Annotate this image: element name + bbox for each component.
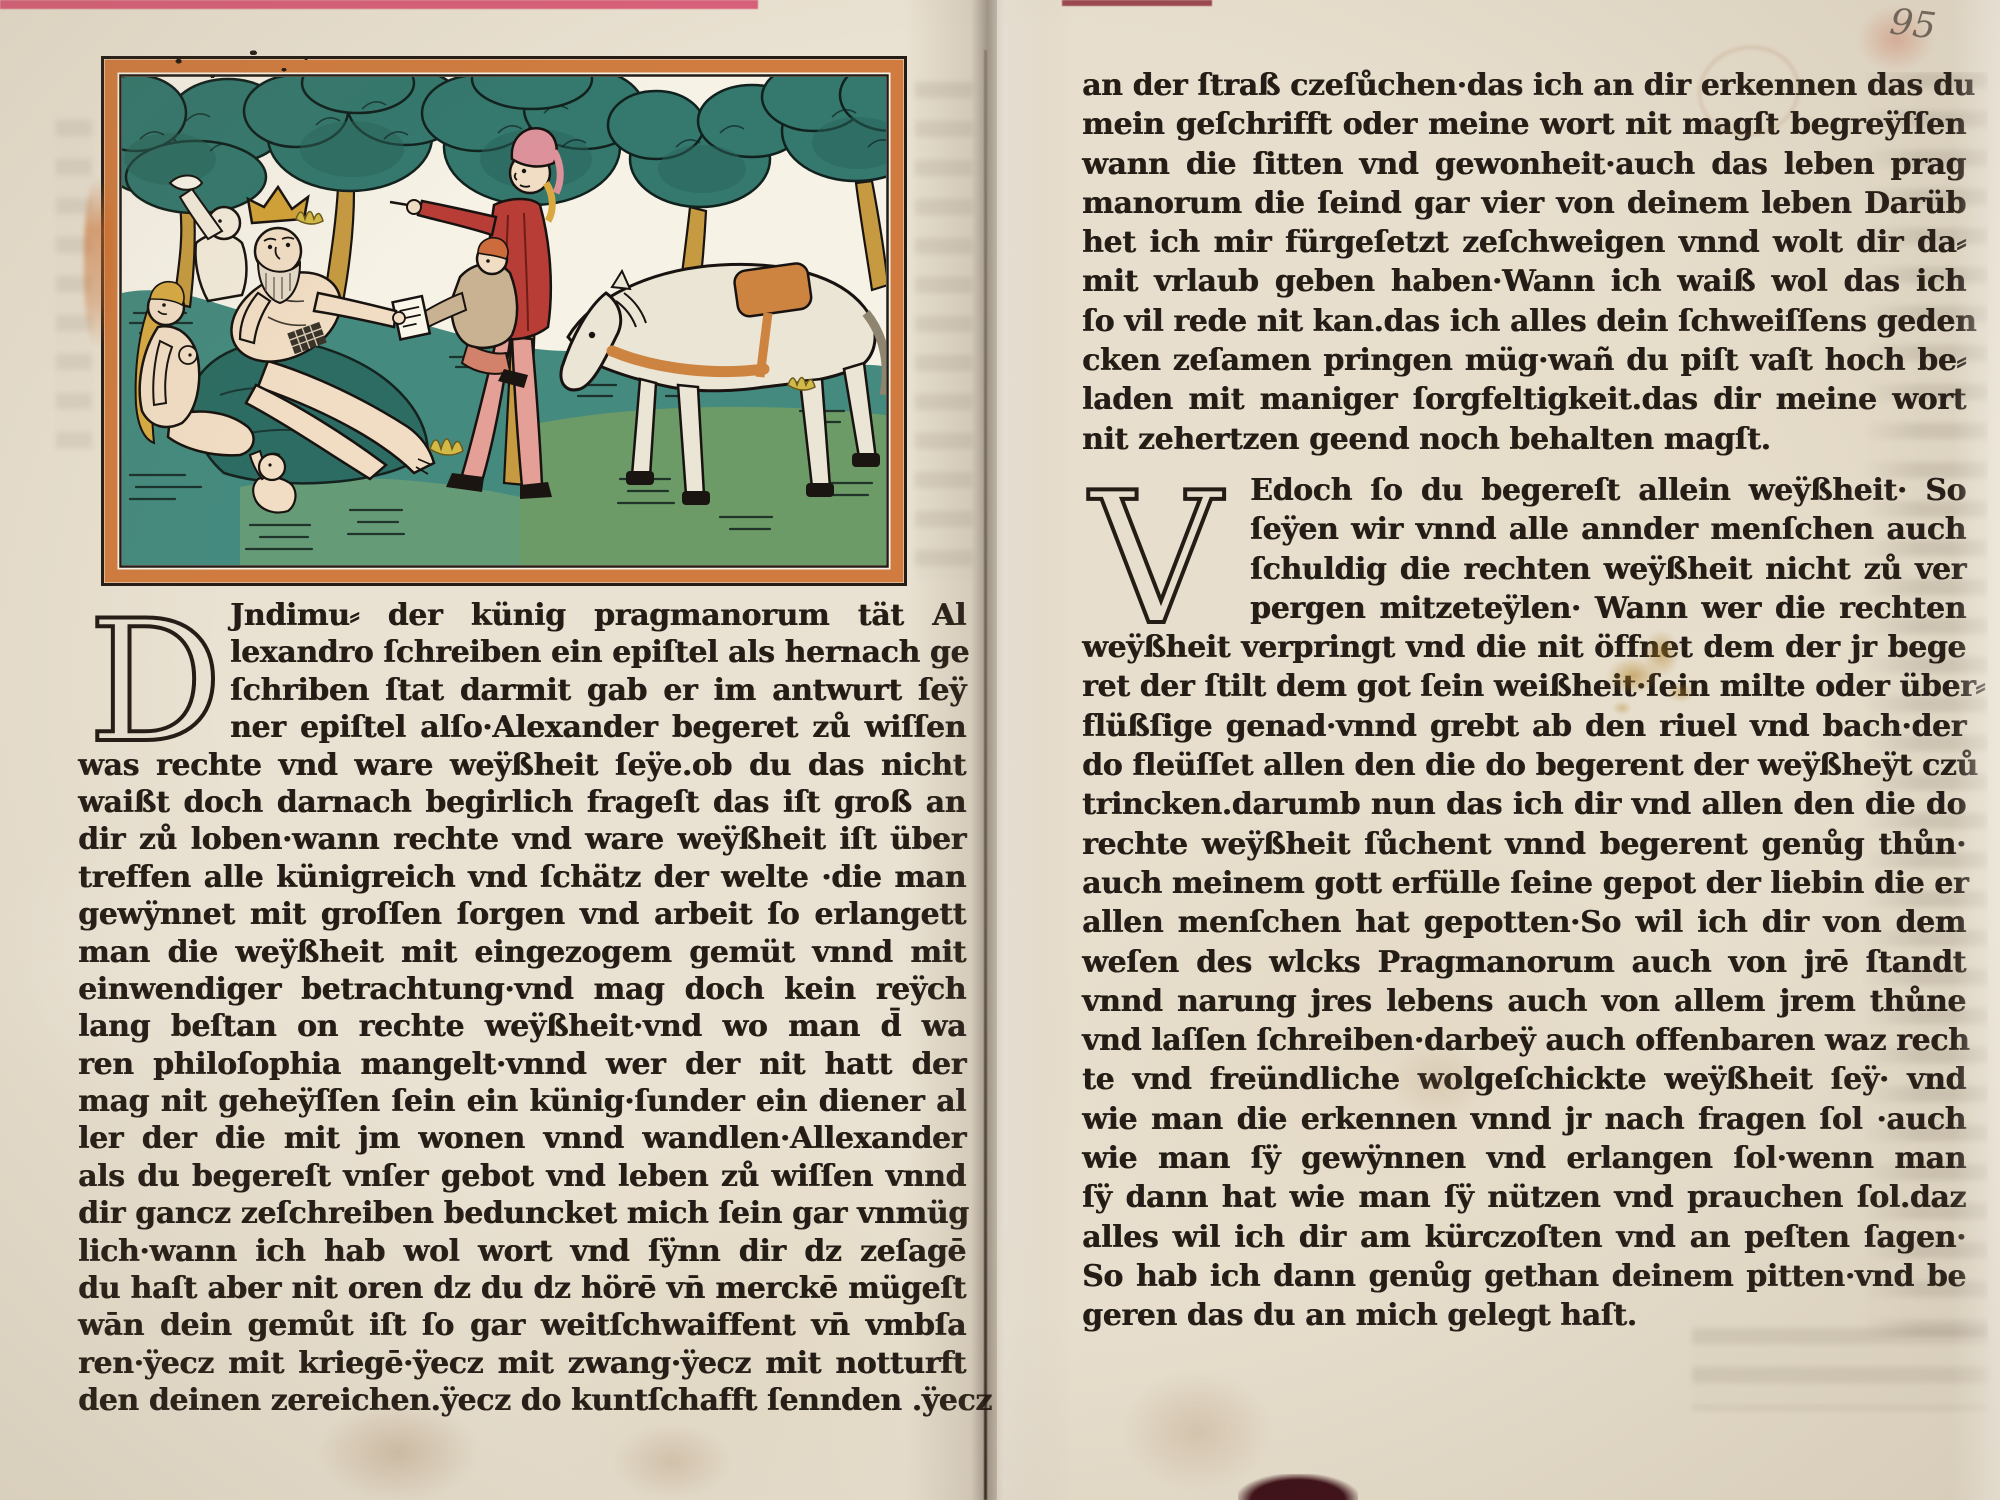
text-line: auch meinem gott erfülle ſeine gepot der… bbox=[1082, 864, 1966, 903]
bleedthrough-left-margin bbox=[56, 120, 92, 450]
text-line: te vnd freündliche wolgeſchickte weÿßhei… bbox=[1082, 1060, 1966, 1099]
text-line: als du begereſt vnſer gebot vnd leben zů… bbox=[78, 1158, 966, 1195]
text-line: vnd laſſen ſchreiben·darbeÿ auch offenba… bbox=[1082, 1021, 1966, 1060]
text-line: ſchriben ſtat darmit gab er im antwurt ſ… bbox=[78, 672, 966, 709]
bleedthrough-beside-woodcut bbox=[915, 82, 973, 580]
text-line: wie man die erkennen vnnd jr nach fragen… bbox=[1082, 1100, 1966, 1139]
text-line: lang beſtan on rechte weÿßheit·vnd wo ma… bbox=[78, 1008, 966, 1045]
left-text-column: Jndimu⸗ der künig pragmanorum tät Al lex… bbox=[78, 597, 966, 1420]
text-line: ſo vil rede nit kan.das ich alles dein ſ… bbox=[1082, 302, 1966, 341]
text-line: pergen mitzeteÿlen· Wann wer die rechten bbox=[1082, 589, 1966, 628]
text-line: mein geſchrifft oder meine wort nit magſ… bbox=[1082, 105, 1966, 144]
text-line: do fleüſſet allen den die do begerent de… bbox=[1082, 746, 1966, 785]
text-line: cken zeſamen pringen müg·wañ du piſt vaſ… bbox=[1082, 341, 1966, 380]
text-line: wān dein gemůt iſt ſo gar weitſchwaiffen… bbox=[78, 1307, 966, 1344]
text-line: einwendiger betrachtung·vnd mag doch kei… bbox=[78, 971, 966, 1008]
text-line: flüßſige genad·vnnd grebt ab den riuel v… bbox=[1082, 707, 1966, 746]
book-spread: D Jndimu⸗ der künig pragmanorum tät Al l… bbox=[0, 0, 2000, 1500]
text-line: mit vrlaub geben haben·Wann ich waiß wol… bbox=[1082, 262, 1966, 301]
stain bbox=[612, 1424, 732, 1500]
bleedthrough-bottom-right bbox=[1692, 1328, 1988, 1410]
text-line: weſen des wlcks Pragmanorum auch von jrē… bbox=[1082, 943, 1966, 982]
text-line: dir gancz zeſchreiben beduncket mich ſei… bbox=[78, 1195, 966, 1232]
text-line: Jndimu⸗ der künig pragmanorum tät Al bbox=[78, 597, 966, 634]
right-text-paragraph1: an der ſtraß czeſůchen·das ich an dir er… bbox=[1082, 66, 1966, 459]
text-line: alles wil ich dir am kürczoſten vnd an p… bbox=[1082, 1218, 1966, 1257]
text-line: So hab ich dann genůg gethan deinem pitt… bbox=[1082, 1257, 1966, 1296]
text-line: rechte weÿßheit ſůchent vnnd begerent ge… bbox=[1082, 825, 1966, 864]
gutter-highlight bbox=[997, 0, 1067, 1500]
text-line: gewÿnnet mit groſſen ſorgen vnd arbeit ſ… bbox=[78, 896, 966, 933]
text-line: wie man ſÿ gewÿnnen vnd erlangen ſol·wen… bbox=[1082, 1139, 1966, 1178]
text-line: laden mit maniger ſorgfeltigkeit.das dir… bbox=[1082, 380, 1966, 419]
text-line: allen menſchen hat gepotten·So wil ich d… bbox=[1082, 903, 1966, 942]
text-line: dir zů loben·wann rechte vnd ware weÿßhe… bbox=[78, 821, 966, 858]
folio-number: 95 bbox=[1888, 1, 1938, 47]
text-line: manorum die ſeind gar vier von deinem le… bbox=[1082, 184, 1966, 223]
text-line: vnnd narung jres lebens auch von allem j… bbox=[1082, 982, 1966, 1021]
text-line: mag nit geheÿſſen ſein ein künig·ſunder … bbox=[78, 1083, 966, 1120]
text-line: treffen alle künigreich vnd ſchätz der w… bbox=[78, 859, 966, 896]
text-line: den deinen zereichen.ÿecz do kuntſchafft… bbox=[78, 1382, 966, 1419]
text-line: man die weÿßheit mit eingezogem gemüt vn… bbox=[78, 934, 966, 971]
text-line: geren das du an mich gelegt haſt. bbox=[1082, 1296, 1966, 1335]
text-line: trincken.darumb nun das ich dir vnd alle… bbox=[1082, 785, 1966, 824]
text-line: nit zehertzen geend noch behalten magſt. bbox=[1082, 420, 1966, 459]
text-line: du haſt aber nit oren dz du dz hörē vn̄ … bbox=[78, 1270, 966, 1307]
text-line: lich·wann ich hab wol wort vnd ſÿnn dir … bbox=[78, 1233, 966, 1270]
gutter-crease bbox=[984, 50, 987, 1500]
binding-edge-top-right bbox=[1062, 0, 1212, 6]
text-line: ſeÿen wir vnnd alle annder menſchen auch bbox=[1082, 510, 1966, 549]
text-line: ler der die mit jm wonen vnnd wandlen·Al… bbox=[78, 1120, 966, 1157]
woodcut-illustration bbox=[100, 55, 908, 587]
text-line: lexandro ſchreiben ein epiſtel als herna… bbox=[78, 634, 966, 671]
text-line: waißt doch darnach begirlich frageſt das… bbox=[78, 784, 966, 821]
horse-saddle bbox=[733, 262, 813, 318]
text-line: was rechte vnd ware weÿßheit ſeÿe.ob du … bbox=[78, 747, 966, 784]
text-line: ſÿ dann hat wie man ſÿ nützen vnd prauch… bbox=[1082, 1178, 1966, 1217]
text-line: ren philoſophia mangelt·vnnd wer der nit… bbox=[78, 1046, 966, 1083]
text-line: an der ſtraß czeſůchen·das ich an dir er… bbox=[1082, 66, 1966, 105]
text-line: ner epiſtel alſo·Alexander begeret zů wi… bbox=[78, 709, 966, 746]
text-line: wann die ſitten vnd gewonheit·auch das l… bbox=[1082, 145, 1966, 184]
right-text-paragraph2: Edoch ſo du begereſt allein weÿßheit· So… bbox=[1082, 471, 1966, 1336]
binding-edge-top bbox=[0, 0, 758, 9]
text-line: Edoch ſo du begereſt allein weÿßheit· So bbox=[1082, 471, 1966, 510]
binding-edge-bottom bbox=[1238, 1474, 1358, 1500]
text-line: het ich mir fürgeſetzt zeſchweigen vnnd … bbox=[1082, 223, 1966, 262]
text-line: ret der ſtilt dem got ſein weißheit·ſein… bbox=[1082, 667, 1966, 706]
stain bbox=[1122, 1372, 1272, 1490]
text-line: ſchuldig die rechten weÿßheit nicht zů v… bbox=[1082, 550, 1966, 589]
text-line: weÿßheit verpringt vnd die nit öffnet de… bbox=[1082, 628, 1966, 667]
text-line: ren·ÿecz mit kriegē·ÿecz mit zwang·ÿecz … bbox=[78, 1345, 966, 1382]
